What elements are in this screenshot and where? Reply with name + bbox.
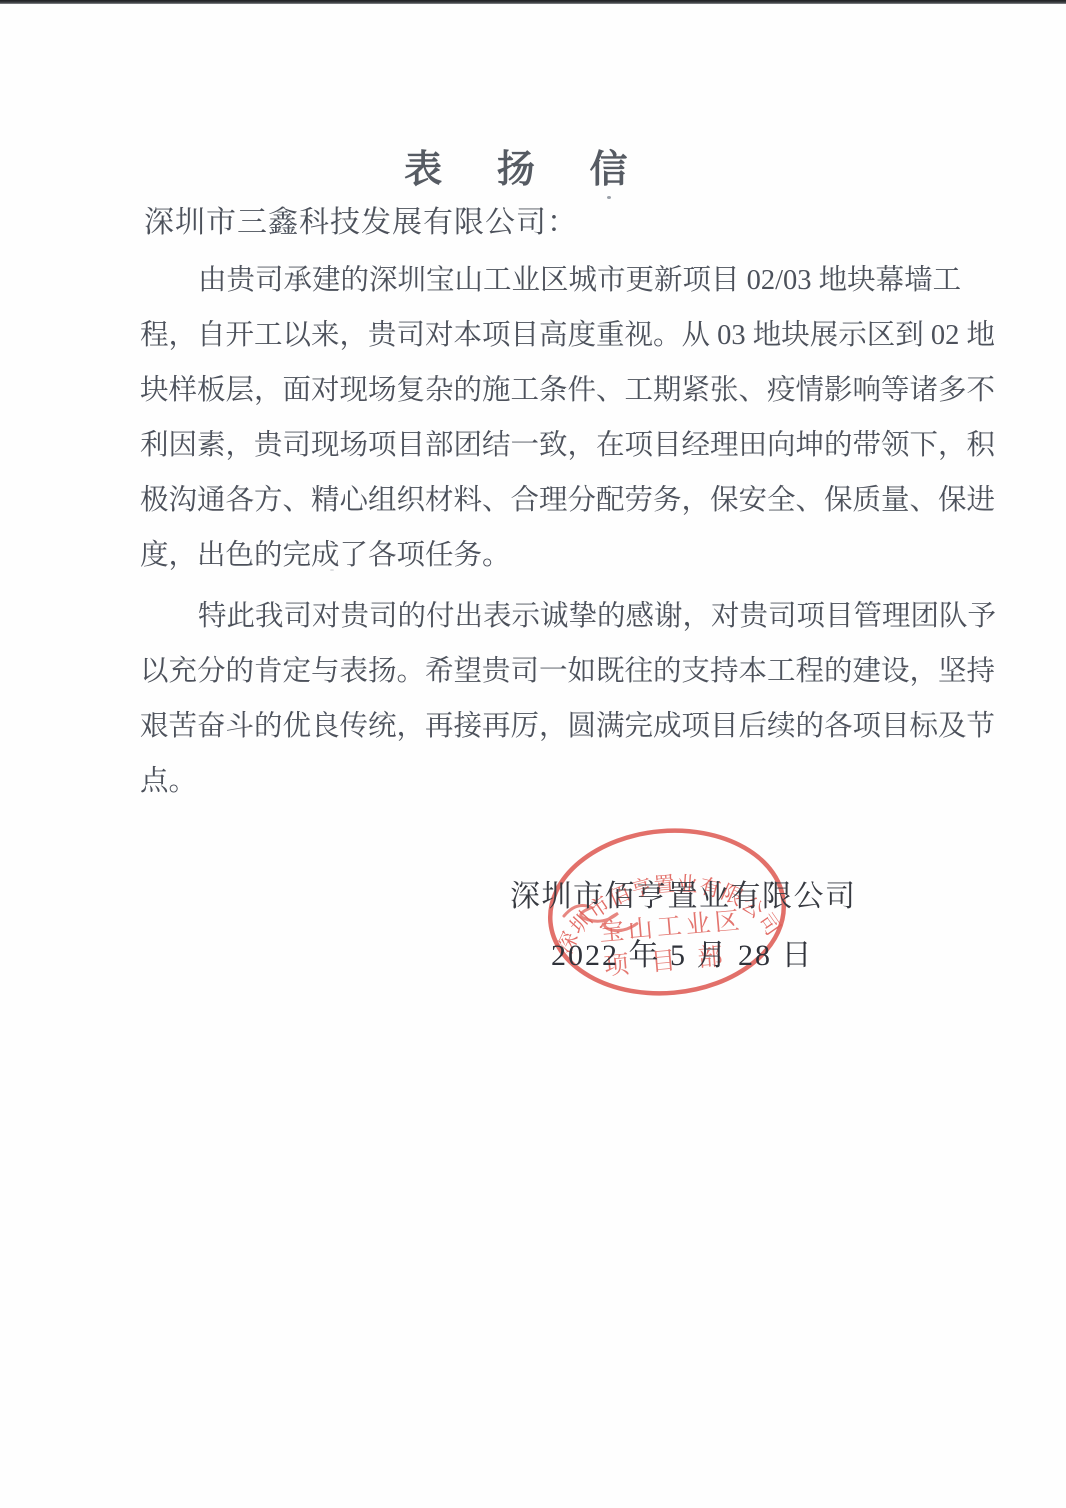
paragraph-2: 特此我司对贵司的付出表示诚挚的感谢，对贵司项目管理团队予 以充分的肯定与表扬。希… xyxy=(140,589,902,809)
scan-speck xyxy=(330,569,334,571)
body-line: 度，出色的完成了各项任务。 xyxy=(140,528,902,583)
body-line: 利因素，贵司现场项目部团结一致，在项目经理田向坤的带领下，积 xyxy=(140,418,902,473)
scan-edge-artifact xyxy=(0,0,1066,4)
paragraph-1: 由贵司承建的深圳宝山工业区城市更新项目 02/03 地块幕墙工 程，自开工以来，… xyxy=(140,253,902,583)
body-line: 艰苦奋斗的优良传统，再接再厉，圆满完成项目后续的各项目标及节 xyxy=(140,699,902,754)
signature-date: 2022 年 5 月 28 日 xyxy=(551,930,814,974)
salutation-line: 深圳市三鑫科技发展有限公司： xyxy=(144,197,578,241)
letter-body: 由贵司承建的深圳宝山工业区城市更新项目 02/03 地块幕墙工 程，自开工以来，… xyxy=(140,253,902,809)
body-line: 由贵司承建的深圳宝山工业区城市更新项目 02/03 地块幕墙工 xyxy=(140,253,902,308)
scan-speck xyxy=(836,287,839,289)
scan-speck xyxy=(607,196,611,199)
body-line: 点。 xyxy=(140,754,902,809)
document-title: 表 扬 信 xyxy=(140,138,908,193)
body-line: 特此我司对贵司的付出表示诚挚的感谢，对贵司项目管理团队予 xyxy=(140,589,902,644)
signature-company-name: 深圳市佰亨置业有限公司 xyxy=(510,871,857,915)
body-line: 以充分的肯定与表扬。希望贵司一如既往的支持本工程的建设，坚持 xyxy=(140,644,902,699)
scanned-letter-page: 表 扬 信 深圳市三鑫科技发展有限公司： 由贵司承建的深圳宝山工业区城市更新项目… xyxy=(0,0,1066,1508)
body-line: 程，自开工以来，贵司对本项目高度重视。从 03 地块展示区到 02 地 xyxy=(140,308,902,363)
body-line: 极沟通各方、精心组织材料、合理分配劳务，保安全、保质量、保进 xyxy=(140,473,902,528)
body-line: 块样板层，面对现场复杂的施工条件、工期紧张、疫情影响等诸多不 xyxy=(140,363,902,418)
